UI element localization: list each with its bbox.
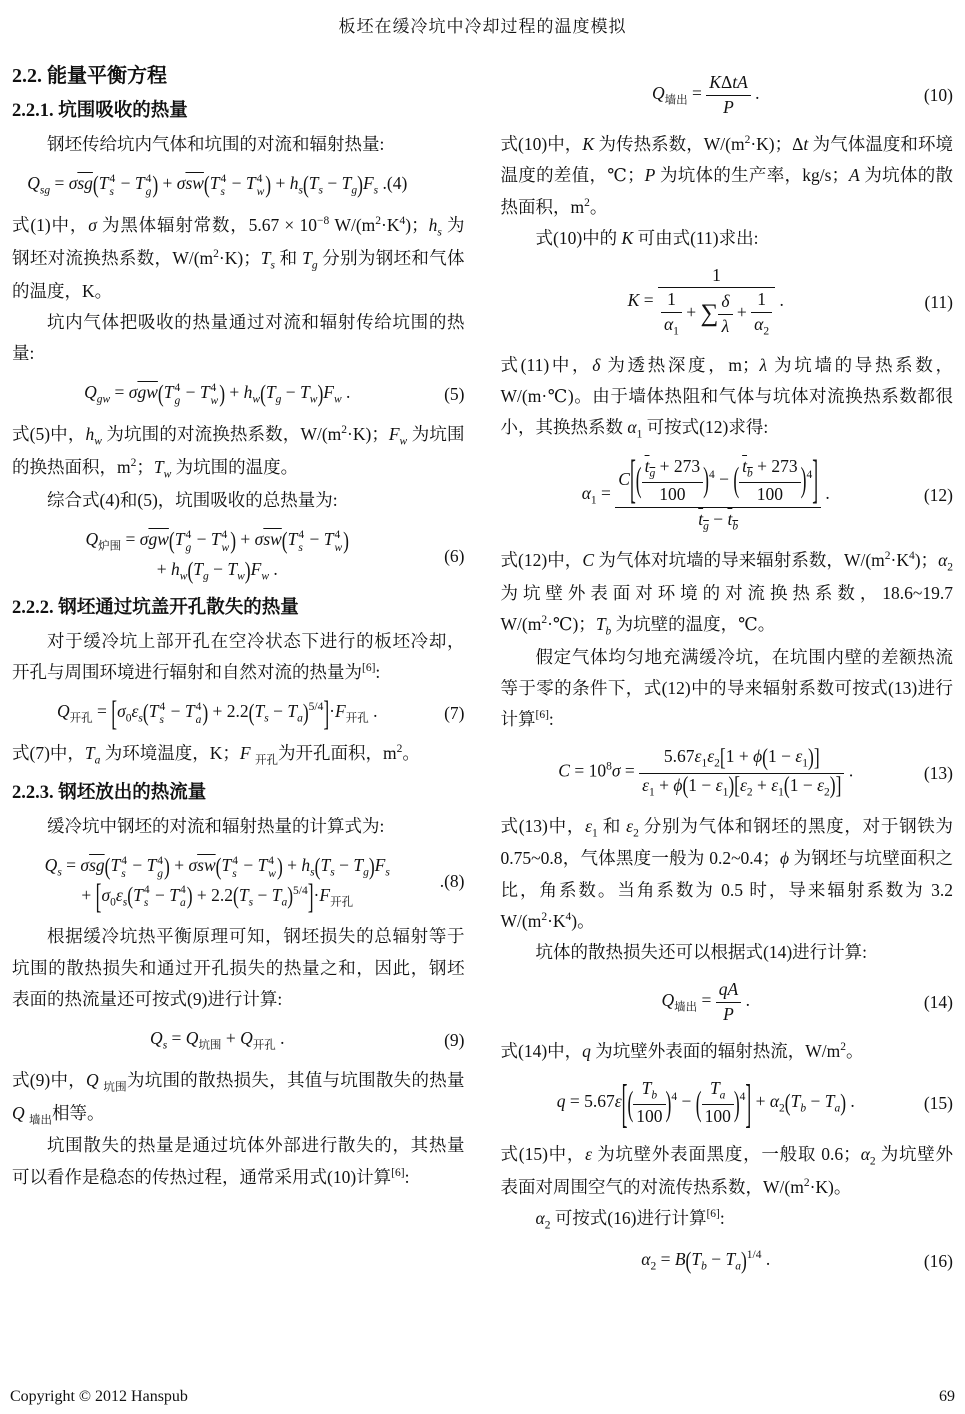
paragraph-balance: 根据缓冷坑热平衡原理可知，钢坯损失的总辐射等于坑围的散热损失和通过开孔损失的热量… bbox=[12, 921, 465, 1014]
equation-14: Q墙出 = qAP . (14) bbox=[501, 978, 954, 1026]
equation-7: Q开孔 = [σ0εs(T4s − T4a) + 2.2(Ts − Ta)5/4… bbox=[12, 698, 465, 728]
equation-12-number: (12) bbox=[911, 482, 953, 508]
paragraph-eq11-note: 式(11)中，δ 为透热深度，m；λ 为坑墙的导热系数，W/(m·℃)。由于墙体… bbox=[501, 350, 954, 445]
paragraph-eq10-note: 式(10)中，K 为传热系数，W/(m2·K)；Δt 为气体温度和环境温度的差值… bbox=[501, 129, 954, 222]
equation-9-body: Qs = Q坑围 + Q开孔 . bbox=[12, 1025, 423, 1055]
equation-9-number: (9) bbox=[423, 1027, 465, 1053]
paragraph-slab-heat: 缓冷坑中钢坯的对流和辐射热量的计算式为: bbox=[12, 811, 465, 842]
equation-12-body: α1 = C[(tg + 273100)4 − (tb + 273100)4]t… bbox=[501, 455, 912, 535]
paragraph-eq9-note: 式(9)中，Q 坑围为坑围的散热损失，其值与坑围散失的热量 Q 墙出相等。 bbox=[12, 1065, 465, 1131]
equation-4: Qsg = σsg(T4s − T4g) + σsw(T4s − T4w) + … bbox=[12, 170, 465, 200]
paragraph-openhole: 对于缓冷坑上部开孔在空冷状态下进行的板坯冷却，开孔与周围环境进行辐射和自然对流的… bbox=[12, 626, 465, 688]
equation-8-body: Qs = σsg(T4s − T4g) + σsw(T4s − T4w) + h… bbox=[12, 852, 423, 912]
equation-8: Qs = σsg(T4s − T4g) + σsw(T4s − T4w) + h… bbox=[12, 852, 465, 912]
equation-6-number: (6) bbox=[423, 543, 465, 569]
equation-15: q = 5.67ε[(Tb100)4 − (Ta100)4] + α2(Tb −… bbox=[501, 1077, 954, 1129]
paragraph-transfer: 钢坯传给坑内气体和坑围的对流和辐射热量: bbox=[12, 129, 465, 160]
equation-13-number: (13) bbox=[911, 760, 953, 786]
paragraph-eq12-note: 式(12)中，C 为气体对坑墙的导来辐射系数，W/(m2·K4)；α2 为坑壁外… bbox=[501, 545, 954, 642]
equation-6: Q炉围 = σgw(T4g − T4w) + σsw(T4s − T4w)+ h… bbox=[12, 526, 465, 586]
equation-5-body: Qgw = σgw(T4g − T4w) + hw(Tg − Tw)Fw . bbox=[12, 379, 423, 409]
equation-11-number: (11) bbox=[911, 289, 953, 315]
equation-15-number: (15) bbox=[911, 1090, 953, 1116]
paragraph-combine: 综合式(4)和(5)，坑围吸收的总热量为: bbox=[12, 485, 465, 516]
section-heading-2-2: 2.2. 能量平衡方程 bbox=[12, 63, 465, 89]
equation-12: α1 = C[(tg + 273100)4 − (tb + 273100)4]t… bbox=[501, 455, 954, 535]
section-heading-2-2-2: 2.2.2. 钢坯通过坑盖开孔散失的热量 bbox=[12, 596, 465, 620]
equation-14-body: Q墙出 = qAP . bbox=[501, 978, 912, 1026]
equation-7-number: (7) bbox=[423, 700, 465, 726]
equation-10-number: (10) bbox=[911, 82, 953, 108]
paragraph-eq1-note: 式(1)中，σ 为黑体辐射常数，5.67 × 10−8 W/(m2·K4)；hs… bbox=[12, 210, 465, 307]
paragraph-pit-loss: 坑体的散热损失还可以根据式(14)进行计算: bbox=[501, 937, 954, 968]
paper-page: 板坯在缓冷坑中冷却过程的温度模拟 2.2. 能量平衡方程 2.2.1. 坑围吸收… bbox=[0, 0, 965, 1414]
equation-4-body: Qsg = σsg(T4s − T4g) + σsw(T4s − T4w) + … bbox=[12, 170, 423, 200]
equation-5-number: (5) bbox=[423, 381, 465, 407]
content-columns: 2.2. 能量平衡方程 2.2.1. 坑围吸收的热量 钢坯传给坑内气体和坑围的对… bbox=[10, 61, 955, 1286]
paragraph-k-from-11: 式(10)中的 K 可由式(11)求出: bbox=[501, 223, 954, 254]
equation-11-body: K = 11α1 + ∑δλ + 1α2 . bbox=[501, 264, 912, 340]
equation-14-number: (14) bbox=[911, 989, 953, 1015]
footer-copyright: Copyright © 2012 Hanspub bbox=[10, 1388, 188, 1406]
left-column: 2.2. 能量平衡方程 2.2.1. 坑围吸收的热量 钢坯传给坑内气体和坑围的对… bbox=[12, 61, 465, 1286]
equation-16: α2 = B(Tb − Ta)1/4 . (16) bbox=[501, 1246, 954, 1276]
equation-13: C = 108σ = 5.67ε1ε2[1 + ϕ(1 − ε1)]ε1 + ϕ… bbox=[501, 745, 954, 800]
paragraph-eq5-note: 式(5)中，hw 为坑围的对流换热系数，W/(m2·K)；Fw 为坑围的换热面积… bbox=[12, 419, 465, 485]
equation-7-body: Q开孔 = [σ0εs(T4s − T4a) + 2.2(Ts − Ta)5/4… bbox=[12, 698, 423, 728]
page-title: 板坯在缓冷坑中冷却过程的温度模拟 bbox=[10, 12, 955, 37]
equation-9: Qs = Q坑围 + Q开孔 . (9) bbox=[12, 1025, 465, 1055]
paragraph-eq7-note: 式(7)中，Ta 为环境温度，K；F 开孔为开孔面积，m2。 bbox=[12, 738, 465, 771]
equation-6-body: Q炉围 = σgw(T4g − T4w) + σsw(T4s − T4w)+ h… bbox=[12, 526, 423, 586]
paragraph-assumption: 假定气体均匀地充满缓冷坑，在坑围内壁的差额热流等于零的条件下，式(12)中的导来… bbox=[501, 642, 954, 735]
paragraph-eq15-note: 式(15)中，ε 为坑壁外表面黑度，一般取 0.6；α2 为坑壁外表面对周围空气… bbox=[501, 1139, 954, 1203]
paragraph-alpha2: α2 可按式(16)进行计算[6]: bbox=[501, 1203, 954, 1236]
equation-10-body: Q墙出 = KΔtAP . bbox=[501, 71, 912, 119]
equation-16-number: (16) bbox=[911, 1248, 953, 1274]
right-column: Q墙出 = KΔtAP . (10) 式(10)中，K 为传热系数，W/(m2·… bbox=[501, 61, 954, 1286]
equation-11: K = 11α1 + ∑δλ + 1α2 . (11) bbox=[501, 264, 954, 340]
equation-15-body: q = 5.67ε[(Tb100)4 − (Ta100)4] + α2(Tb −… bbox=[501, 1077, 912, 1129]
equation-16-body: α2 = B(Tb − Ta)1/4 . bbox=[501, 1246, 912, 1276]
footer-page-number: 69 bbox=[939, 1388, 955, 1406]
equation-13-body: C = 108σ = 5.67ε1ε2[1 + ϕ(1 − ε1)]ε1 + ϕ… bbox=[501, 745, 912, 800]
page-footer: Copyright © 2012 Hanspub 69 bbox=[10, 1388, 955, 1406]
paragraph-eq13-note: 式(13)中，ε1 和 ε2 分别为气体和钢坯的黑度，对于钢铁为 0.75~0.… bbox=[501, 811, 954, 937]
section-heading-2-2-1: 2.2.1. 坑围吸收的热量 bbox=[12, 99, 465, 123]
equation-10: Q墙出 = KΔtAP . (10) bbox=[501, 71, 954, 119]
paragraph-eq14-note: 式(14)中，q 为坑壁外表面的辐射热流，W/m2。 bbox=[501, 1036, 954, 1067]
section-heading-2-2-3: 2.2.3. 钢坯放出的热流量 bbox=[12, 781, 465, 805]
paragraph-gas-heat: 坑内气体把吸收的热量通过对流和辐射传给坑围的热量: bbox=[12, 307, 465, 369]
equation-8-number: .(8) bbox=[423, 868, 465, 894]
equation-5: Qgw = σgw(T4g − T4w) + hw(Tg − Tw)Fw . (… bbox=[12, 379, 465, 409]
paragraph-wall-loss: 坑围散失的热量是通过坑体外部进行散失的，其热量可以看作是稳态的传热过程，通常采用… bbox=[12, 1130, 465, 1192]
